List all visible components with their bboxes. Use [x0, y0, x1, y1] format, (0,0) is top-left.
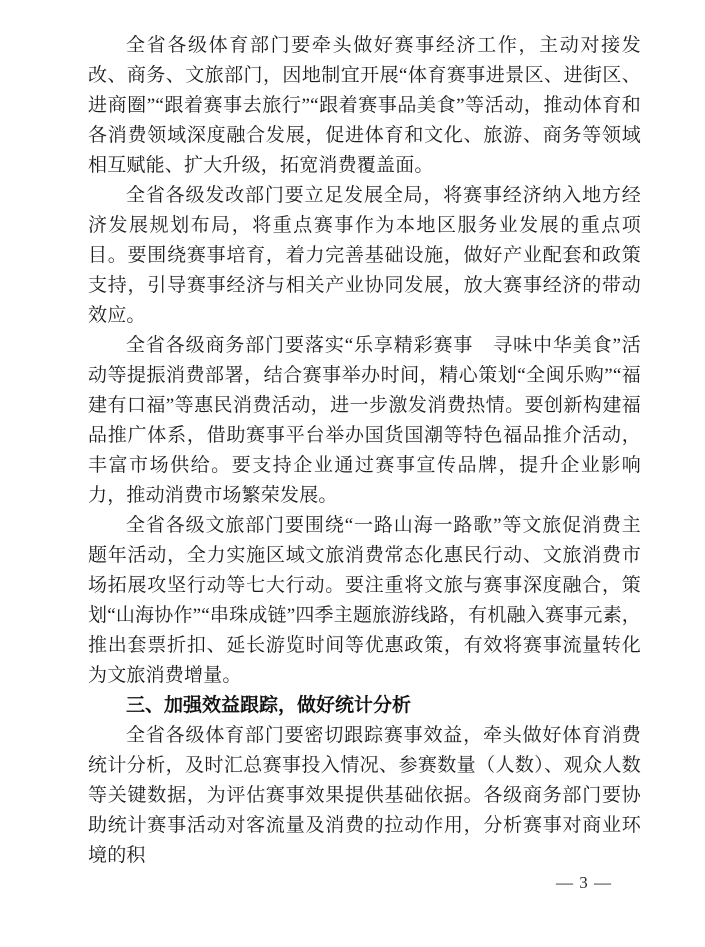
- paragraph-commerce: 全省各级商务部门要落实“乐享精彩赛事 寻味中华美食”活动等提振消费部署，结合赛事…: [88, 331, 641, 511]
- document-page: 全省各级体育部门要牵头做好赛事经济工作，主动对接发改、商务、文旅部门，因地制宜开…: [0, 0, 705, 947]
- paragraph-statistics: 全省各级体育部门要密切跟踪赛事效益，牵头做好体育消费统计分析，及时汇总赛事投入情…: [88, 721, 641, 871]
- section-heading: 三、加强效益跟踪，做好统计分析: [88, 691, 641, 721]
- paragraph-development-reform: 全省各级发改部门要立足发展全局，将赛事经济纳入地方经济发展规划布局，将重点赛事作…: [88, 181, 641, 331]
- document-body: 全省各级体育部门要牵头做好赛事经济工作，主动对接发改、商务、文旅部门，因地制宜开…: [88, 31, 641, 871]
- paragraph-sports-economy: 全省各级体育部门要牵头做好赛事经济工作，主动对接发改、商务、文旅部门，因地制宜开…: [88, 31, 641, 181]
- paragraph-culture-tourism: 全省各级文旅部门要围绕“一路山海一路歌”等文旅促消费主题年活动，全力实施区域文旅…: [88, 511, 641, 691]
- page-number: — 3 —: [556, 872, 612, 894]
